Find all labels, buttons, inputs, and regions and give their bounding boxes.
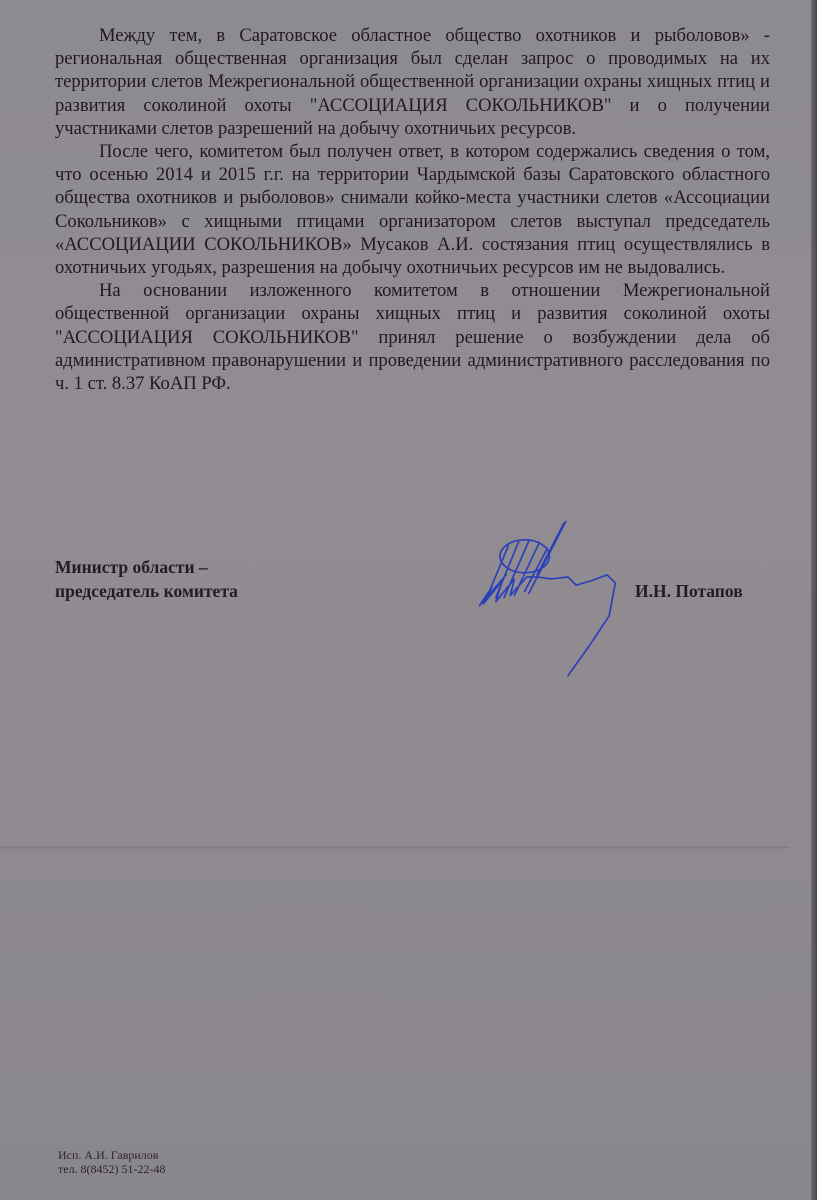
signatory-name: И.Н. Потапов	[635, 579, 743, 603]
executor-footer: Исп. А.И. Гаврилов тел. 8(8452) 51-22-48	[58, 1148, 166, 1176]
paragraph-decision: На основании изложенного комитетом в отн…	[55, 279, 770, 395]
letter-body: Между тем, в Саратовское областное общес…	[55, 8, 770, 395]
paragraph-request: Между тем, в Саратовское областное общес…	[55, 24, 770, 140]
signatory-title-line2: председатель комитета	[55, 579, 238, 603]
signature-block: Министр области – председатель комитета …	[55, 555, 770, 685]
signatory-title: Министр области – председатель комитета	[55, 555, 238, 603]
paper-fold-line	[0, 846, 790, 849]
handwritten-signature-icon	[465, 513, 640, 683]
executor-phone: тел. 8(8452) 51-22-48	[58, 1162, 166, 1176]
paragraph-response: После чего, комитетом был получен ответ,…	[55, 140, 770, 279]
signatory-title-line1: Министр области –	[55, 555, 238, 579]
page-edge	[811, 0, 817, 1200]
executor-name: Исп. А.И. Гаврилов	[58, 1148, 166, 1162]
